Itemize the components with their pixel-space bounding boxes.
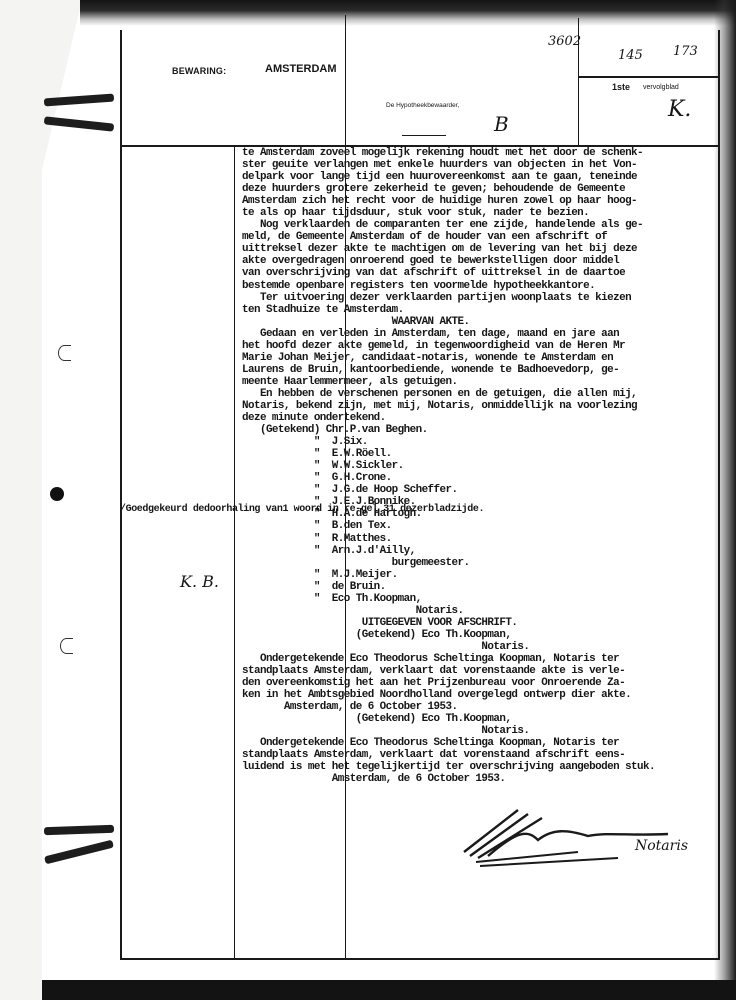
text-line: ster geuite verlangen met enkele huurder…	[242, 159, 724, 171]
text-line: Nog verklaarden de comparanten ter ene z…	[242, 219, 724, 231]
text-line: deze huurders grotere zekerheid te geven…	[242, 183, 724, 195]
text-line: " de Bruin.	[242, 581, 724, 593]
text-line: " H.A.de Hartogh.	[242, 508, 724, 520]
text-line: deze minute ondertekend.	[242, 412, 724, 424]
hypotheek-underline	[402, 135, 446, 136]
vervolgblad-number: 1ste	[612, 82, 630, 92]
form-left-border	[120, 30, 122, 960]
text-line: Ondergetekende Eco Theodorus Scheltinga …	[242, 653, 724, 665]
text-line: akte overgedragen onroerend goed te bewe…	[242, 255, 724, 267]
text-line: Notaris.	[242, 725, 724, 737]
text-line: UITGEGEVEN VOOR AFSCHRIFT.	[242, 617, 724, 629]
text-line: van overschrijving van dat afschrift of …	[242, 267, 724, 279]
punch-hole-mark	[58, 345, 71, 361]
margin-column-divider	[234, 145, 235, 960]
text-line: Ter uitvoering dezer verklaarden partije…	[242, 292, 724, 304]
text-line: luidend is met het tegelijkertijd ter ov…	[242, 761, 724, 773]
form-bottom-border	[120, 958, 720, 960]
margin-initials: K. B.	[180, 572, 219, 591]
text-line: Gedaan en verleden in Amsterdam, ten dag…	[242, 328, 724, 340]
text-line: ten Stadhuize te Amsterdam.	[242, 304, 724, 316]
text-line: " Arn.J.d'Ailly,	[242, 545, 724, 557]
register-volume: 145	[618, 48, 643, 63]
notary-signature	[458, 800, 688, 870]
text-line: (Getekend) Eco Th.Koopman,	[242, 629, 724, 641]
text-line: Notaris, bekend zijn, met mij, Notaris, …	[242, 400, 724, 412]
text-line: WAARVAN AKTE.	[242, 316, 724, 328]
vervolgblad-box-top	[578, 76, 720, 78]
text-line: Marie Johan Meijer, candidaat-notaris, w…	[242, 352, 724, 364]
text-line: delpark voor lange tijd een huurovereenk…	[242, 171, 724, 183]
text-line: " E.W.Röell.	[242, 448, 724, 460]
punch-hole-mark	[60, 638, 73, 654]
punch-hole-dot	[50, 487, 64, 501]
text-line: Amsterdam, de 6 October 1953.	[242, 701, 724, 713]
text-line: Laurens de Bruin, kantoorbediende, wonen…	[242, 364, 724, 376]
text-line: Amsterdam, de 6 October 1953.	[242, 773, 724, 785]
text-line: bestemde openbare registers ten voormeld…	[242, 280, 724, 292]
text-line: te Amsterdam zoveel mogelijk rekening ho…	[242, 147, 724, 159]
text-line: " R.Matthes.	[242, 533, 724, 545]
text-line: den overeenkomstig het aan het Prijzenbu…	[242, 677, 724, 689]
bewaring-label: BEWARING:	[172, 66, 226, 76]
text-line: het hoofd dezer akte gemeld, in tegenwoo…	[242, 340, 724, 352]
text-line: " G.H.Crone.	[242, 472, 724, 484]
text-line: Notaris.	[242, 605, 724, 617]
register-number: 3602	[548, 34, 581, 49]
text-line: Ondergetekende Eco Theodorus Scheltinga …	[242, 737, 724, 749]
bewaring-city: AMSTERDAM	[265, 63, 337, 75]
text-line: meld, de Gemeente Amsterdam of de houder…	[242, 231, 724, 243]
signature-title: Notaris	[635, 838, 688, 854]
vervolgblad-label: vervolgblad	[643, 84, 679, 91]
text-line: ken in het Ambtsgebied Noordholland over…	[242, 689, 724, 701]
text-line: En hebben de verschenen personen en de g…	[242, 388, 724, 400]
text-line: Amsterdam zich het recht voor de huidige…	[242, 195, 724, 207]
text-line: " Eco Th.Koopman,	[242, 593, 724, 605]
page-corner	[42, 0, 82, 170]
text-line: " J.G.de Hoop Scheffer.	[242, 484, 724, 496]
hypotheekbewaarder-label: De Hypotheekbewaarder,	[386, 102, 459, 109]
text-line: " B.den Tex.	[242, 520, 724, 532]
text-line: " J.Six.	[242, 436, 724, 448]
text-line: meente Haarlemmermeer, als getuigen.	[242, 376, 724, 388]
register-page: 173	[673, 44, 698, 59]
scan-edge-bottom	[42, 980, 736, 1000]
text-line: standplaats Amsterdam, verklaart dat vor…	[242, 749, 724, 761]
text-line: standplaats Amsterdam, verklaart dat vor…	[242, 665, 724, 677]
text-line: burgemeester.	[242, 557, 724, 569]
text-line: Notaris.	[242, 641, 724, 653]
text-line: " J.E.J.Bonnike.	[242, 496, 724, 508]
margin-approval-note: /Goedgekeurd dedoorhaling van1 woord in …	[120, 503, 238, 516]
text-line: uittreksel dezer akte te machtigen om de…	[242, 243, 724, 255]
scan-edge-top	[80, 0, 736, 26]
text-line: " M.J.Meijer.	[242, 569, 724, 581]
deed-body-text: te Amsterdam zoveel mogelijk rekening ho…	[242, 147, 724, 785]
margin-note-line: /Goedgekeurd de	[120, 504, 204, 515]
vervolgblad-initial: K.	[668, 97, 691, 122]
text-line: (Getekend) Eco Th.Koopman,	[242, 713, 724, 725]
text-line: " W.W.Sickler.	[242, 460, 724, 472]
text-line: te als op haar tijdsduur, stuk voor stuk…	[242, 207, 724, 219]
hypotheekbewaarder-initial: B	[494, 112, 509, 136]
text-line: (Getekend) Chr.P.van Beghen.	[242, 424, 724, 436]
